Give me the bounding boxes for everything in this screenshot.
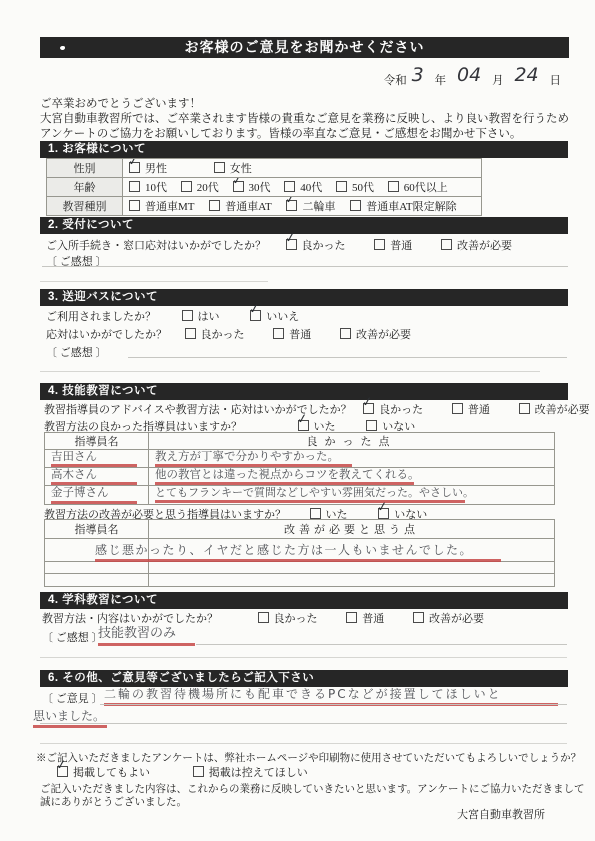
section-customer-header: 1. お客様について	[40, 141, 568, 158]
checkbox-bus-response-good[interactable]: ✓良かった	[185, 326, 245, 342]
empty-cell[interactable]	[45, 574, 149, 587]
checkbox-icon: ✓	[452, 403, 463, 414]
survey-form-page: お客様のご意見をお聞かせください 令和 3 年 04 月 24 日 ご卒業おめで…	[0, 0, 595, 841]
publish-question: ※ご記入いただきましたアンケートは、弊社ホームページや印刷物に使用させていただい…	[36, 750, 581, 765]
comment-line[interactable]	[100, 704, 567, 705]
checkbox-label: 普通車MT	[145, 201, 195, 213]
checkbox-icon: ✓	[193, 766, 204, 777]
bullet-artifact-icon	[60, 46, 65, 50]
checkbox-age-50s[interactable]: ✓50代	[336, 179, 374, 195]
checkbox-label: 改善が必要	[535, 404, 590, 416]
checkbox-skill-needs-improvement[interactable]: ✓改善が必要	[519, 401, 590, 417]
checkbox-label: 二輪車	[302, 201, 335, 213]
checkbox-label: 改善が必要	[429, 613, 484, 625]
checkbox-label: 60代以上	[404, 182, 448, 194]
checkbox-publish-decline[interactable]: ✓掲載は控えてほしい	[193, 764, 308, 780]
checkbox-icon: ✓	[185, 328, 196, 339]
checkbox-label: 普通	[390, 240, 412, 252]
checkbox-icon: ✓	[129, 200, 140, 211]
checkbox-label: 掲載してもよい	[73, 767, 150, 779]
checkbox-icon: ✓	[209, 200, 220, 211]
good-instructor-table: 指導員名 良かった点 吉田さん 教え方が丁寧で分かりやすかった。 高木さん 他の…	[44, 432, 555, 505]
handwritten-year[interactable]: 3	[412, 64, 424, 86]
checkbox-icon: ✓	[214, 162, 225, 173]
year-unit: 年	[435, 75, 447, 87]
empty-cell[interactable]	[45, 562, 149, 574]
improve-table-col-name: 指導員名	[45, 520, 149, 539]
good-table-col-point: 良かった点	[149, 433, 555, 450]
checkbox-label: 普通車AT	[225, 201, 271, 213]
checkbox-label: 掲載は控えてほしい	[209, 767, 308, 779]
checkbox-female[interactable]: ✓女性	[214, 160, 252, 176]
bus-q2: 応対はいかがでしたか？	[46, 329, 167, 341]
customer-table: 性別 ✓男性 ✓女性 年齢 ✓10代 ✓20代 ✓30代 ✓40代 ✓50代 ✓…	[46, 158, 482, 216]
checkbox-label: 40代	[300, 182, 322, 194]
checkbox-icon: ✓	[298, 420, 309, 431]
checkbox-icon: ✓	[388, 181, 399, 192]
checkbox-label: 普通	[468, 404, 490, 416]
checkbox-label: はい	[198, 311, 220, 323]
handwritten-improvement-note[interactable]: 感じ悪かったり、イヤだと感じた方は一人もいませんでした。	[95, 544, 501, 562]
checkbox-lecture-needs-improvement[interactable]: ✓改善が必要	[413, 610, 484, 626]
checkbox-label: 普通	[362, 613, 384, 625]
closing-line-2: 誠にありがとうございました。	[40, 794, 187, 809]
checkbox-icon: ✓	[350, 200, 361, 211]
bus-q1-row: ご利用されましたか？ ✓はい ✓いいえ	[46, 308, 327, 324]
check-mark-icon: ✓	[127, 159, 140, 170]
course-label: 教習種別	[47, 197, 123, 216]
handwritten-opinion-line1-wrap: 二輪の教習待機場所にも配車できるPCなどが接置してほしいと	[104, 685, 558, 706]
other-comment-label: 〔 ご意見 〕	[42, 690, 103, 706]
bus-q1: ご利用されましたか？	[46, 311, 156, 323]
school-signature: 大宮自動車教習所	[457, 806, 545, 822]
checkbox-icon: ✓	[284, 181, 295, 192]
checkbox-age-30s[interactable]: ✓30代	[233, 179, 271, 195]
checkbox-icon: ✓	[310, 508, 321, 519]
checkbox-label: 良かった	[302, 240, 346, 252]
checkbox-icon: ✓	[233, 181, 244, 192]
checkbox-bus-used-no[interactable]: ✓いいえ	[250, 308, 299, 324]
checkbox-icon: ✓	[336, 181, 347, 192]
checkbox-label: 良かった	[379, 404, 423, 416]
empty-cell[interactable]	[149, 562, 555, 574]
date-line: 令和 3 年 04 月 24 日	[384, 68, 567, 92]
intro-line-3: アンケートのご協力をお願いしております。皆様の率直なご意見・ご感想をお聞かせ下さ…	[40, 125, 521, 141]
checkbox-course-motorcycle[interactable]: ✓二輪車	[286, 198, 335, 214]
handwritten-instructor-name[interactable]: 金子博さん	[51, 486, 137, 503]
checkbox-label: 良かった	[274, 613, 318, 625]
month-unit: 月	[492, 75, 504, 87]
check-mark-icon: ✓	[55, 757, 68, 773]
check-mark-icon: ✓	[361, 394, 374, 410]
handwritten-lecture-comment[interactable]: 技能教習のみ	[98, 627, 195, 646]
checkbox-icon: ✓	[250, 310, 261, 321]
checkbox-label: 男性	[145, 163, 167, 175]
lecture-comment-label: 〔 ご感想 〕	[42, 629, 103, 645]
checkbox-label: いいえ	[266, 311, 299, 323]
checkbox-icon: ✓	[366, 420, 377, 431]
handwritten-opinion-line2[interactable]: 思いました。	[33, 710, 107, 728]
bus-comment-label: 〔 ご感想 〕	[46, 344, 107, 360]
checkbox-skill-normal[interactable]: ✓普通	[452, 401, 490, 417]
intro-line-1: ご卒業おめでとうございます！	[40, 95, 201, 111]
checkbox-icon: ✓	[129, 181, 140, 192]
bus-q2-row: 応対はいかがでしたか？ ✓良かった ✓普通 ✓改善が必要	[46, 326, 437, 342]
check-mark-icon: ✓	[248, 301, 261, 317]
checkbox-age-10s[interactable]: ✓10代	[129, 179, 167, 195]
checkbox-age-40s[interactable]: ✓40代	[284, 179, 322, 195]
improve-table-col-point: 改善が必要と思う点	[149, 520, 555, 539]
checkbox-icon: ✓	[441, 239, 452, 250]
handwritten-day[interactable]: 24	[514, 64, 538, 86]
comment-line[interactable]	[196, 644, 567, 645]
checkbox-icon: ✓	[182, 310, 193, 321]
checkbox-label: 30代	[249, 182, 271, 194]
handwritten-good-point[interactable]: とてもフランキーで質問などしやすい雰囲気だった。やさしい。	[155, 487, 465, 504]
checkbox-bus-response-normal[interactable]: ✓普通	[273, 326, 311, 342]
checkbox-icon: ✓	[181, 181, 192, 192]
check-mark-icon: ✓	[296, 411, 309, 427]
checkbox-label: 20代	[197, 182, 219, 194]
section-reception-header: 2. 受付について	[40, 217, 568, 234]
handwritten-instructor-name[interactable]: 高木さん	[51, 468, 137, 485]
checkbox-icon: ✓	[258, 612, 269, 623]
empty-cell[interactable]	[149, 574, 555, 587]
checkbox-age-20s[interactable]: ✓20代	[181, 179, 219, 195]
checkbox-icon: ✓	[340, 328, 351, 339]
age-label: 年齢	[47, 178, 123, 197]
checkbox-icon: ✓	[378, 508, 389, 519]
intro-line-2: 大宮自動車教習所では、ご卒業されます皆様の貴重なご意見を業務に反映し、より良い教…	[40, 110, 569, 126]
checkbox-icon: ✓	[346, 612, 357, 623]
checkbox-icon: ✓	[286, 200, 297, 211]
checkbox-course-at-limit-release[interactable]: ✓普通車AT限定解除	[350, 198, 456, 214]
checkbox-label: 改善が必要	[457, 240, 512, 252]
handwritten-lecture-comment-wrap: 技能教習のみ	[98, 624, 195, 646]
handwritten-opinion-line2-wrap: 思いました。	[33, 707, 107, 728]
reception-question-row: ご入所手続き・窓口応対はいかがでしたか？ ✓良かった ✓普通 ✓改善が必要	[46, 237, 538, 253]
handwritten-good-point[interactable]: 他の教官とは違った視点からコツを教えてくれる。	[155, 468, 414, 485]
handwritten-month[interactable]: 04	[457, 64, 481, 86]
handwritten-improvement-note-wrap: 感じ悪かったり、イヤだと感じた方は一人もいませんでした。	[95, 541, 501, 562]
check-mark-icon: ✓	[284, 197, 297, 208]
checkbox-lecture-normal[interactable]: ✓普通	[346, 610, 384, 626]
comment-line[interactable]	[40, 657, 567, 658]
checkbox-skill-good[interactable]: ✓良かった	[363, 401, 423, 417]
checkbox-publish-ok[interactable]: ✓掲載してもよい	[57, 764, 150, 780]
handwritten-instructor-name[interactable]: 吉田さん	[51, 450, 137, 467]
checkbox-label: 改善が必要	[356, 329, 411, 341]
good-table-col-name: 指導員名	[45, 433, 149, 450]
checkbox-age-60s-plus[interactable]: ✓60代以上	[388, 179, 448, 195]
checkbox-label: 普通	[289, 329, 311, 341]
checkbox-reception-needs-improvement[interactable]: ✓改善が必要	[441, 237, 512, 253]
form-title: お客様のご意見をお聞かせください	[185, 39, 425, 55]
gender-label: 性別	[47, 159, 123, 178]
form-title-bar: お客様のご意見をお聞かせください	[40, 37, 569, 58]
comment-line[interactable]	[128, 357, 567, 358]
check-mark-icon: ✓	[231, 178, 244, 189]
comment-line[interactable]	[40, 281, 268, 282]
checkbox-icon: ✓	[129, 162, 140, 173]
checkbox-label: 女性	[230, 163, 252, 175]
checkbox-reception-good[interactable]: ✓良かった	[286, 237, 346, 253]
section-lecture-header: 4. 学科教習について	[40, 592, 568, 609]
checkbox-label: 良かった	[201, 329, 245, 341]
checkbox-icon: ✓	[57, 766, 68, 777]
checkbox-label: 普通車AT限定解除	[366, 201, 456, 213]
era-label: 令和	[384, 75, 407, 87]
checkbox-reception-normal[interactable]: ✓普通	[374, 237, 412, 253]
skill-q1-row: 教習指導員のアドバイスや教習方法・応対はいかがでしたか？ ✓良かった ✓普通 ✓…	[44, 401, 595, 417]
publish-options-row: ✓掲載してもよい ✓掲載は控えてほしい	[57, 764, 308, 780]
checkbox-label: 50代	[352, 182, 374, 194]
reception-question: ご入所手続き・窓口応対はいかがでしたか？	[46, 240, 266, 252]
check-mark-icon: ✓	[284, 230, 297, 246]
checkbox-bus-used-yes[interactable]: ✓はい	[182, 308, 220, 324]
checkbox-icon: ✓	[273, 328, 284, 339]
checkbox-icon: ✓	[413, 612, 424, 623]
comment-line[interactable]	[40, 371, 540, 372]
checkbox-label: 10代	[145, 182, 167, 194]
comment-line[interactable]	[40, 723, 567, 724]
checkbox-male[interactable]: ✓男性	[129, 160, 167, 176]
comment-line[interactable]	[42, 266, 568, 267]
check-mark-icon: ✓	[376, 499, 389, 515]
checkbox-icon: ✓	[519, 403, 530, 414]
handwritten-good-point[interactable]: 教え方が丁寧で分かりやすかった。	[155, 450, 352, 467]
section-bus-header: 3. 送迎バスについて	[40, 289, 568, 306]
checkbox-icon: ✓	[363, 403, 374, 414]
checkbox-course-at[interactable]: ✓普通車AT	[209, 198, 271, 214]
checkbox-lecture-good[interactable]: ✓良かった	[258, 610, 318, 626]
checkbox-icon: ✓	[374, 239, 385, 250]
section-skill-header: 4. 技能教習について	[40, 383, 568, 400]
day-unit: 日	[550, 75, 562, 87]
comment-line[interactable]	[40, 743, 567, 744]
checkbox-course-mt[interactable]: ✓普通車MT	[129, 198, 195, 214]
checkbox-icon: ✓	[286, 239, 297, 250]
checkbox-bus-response-needs-improvement[interactable]: ✓改善が必要	[340, 326, 411, 342]
